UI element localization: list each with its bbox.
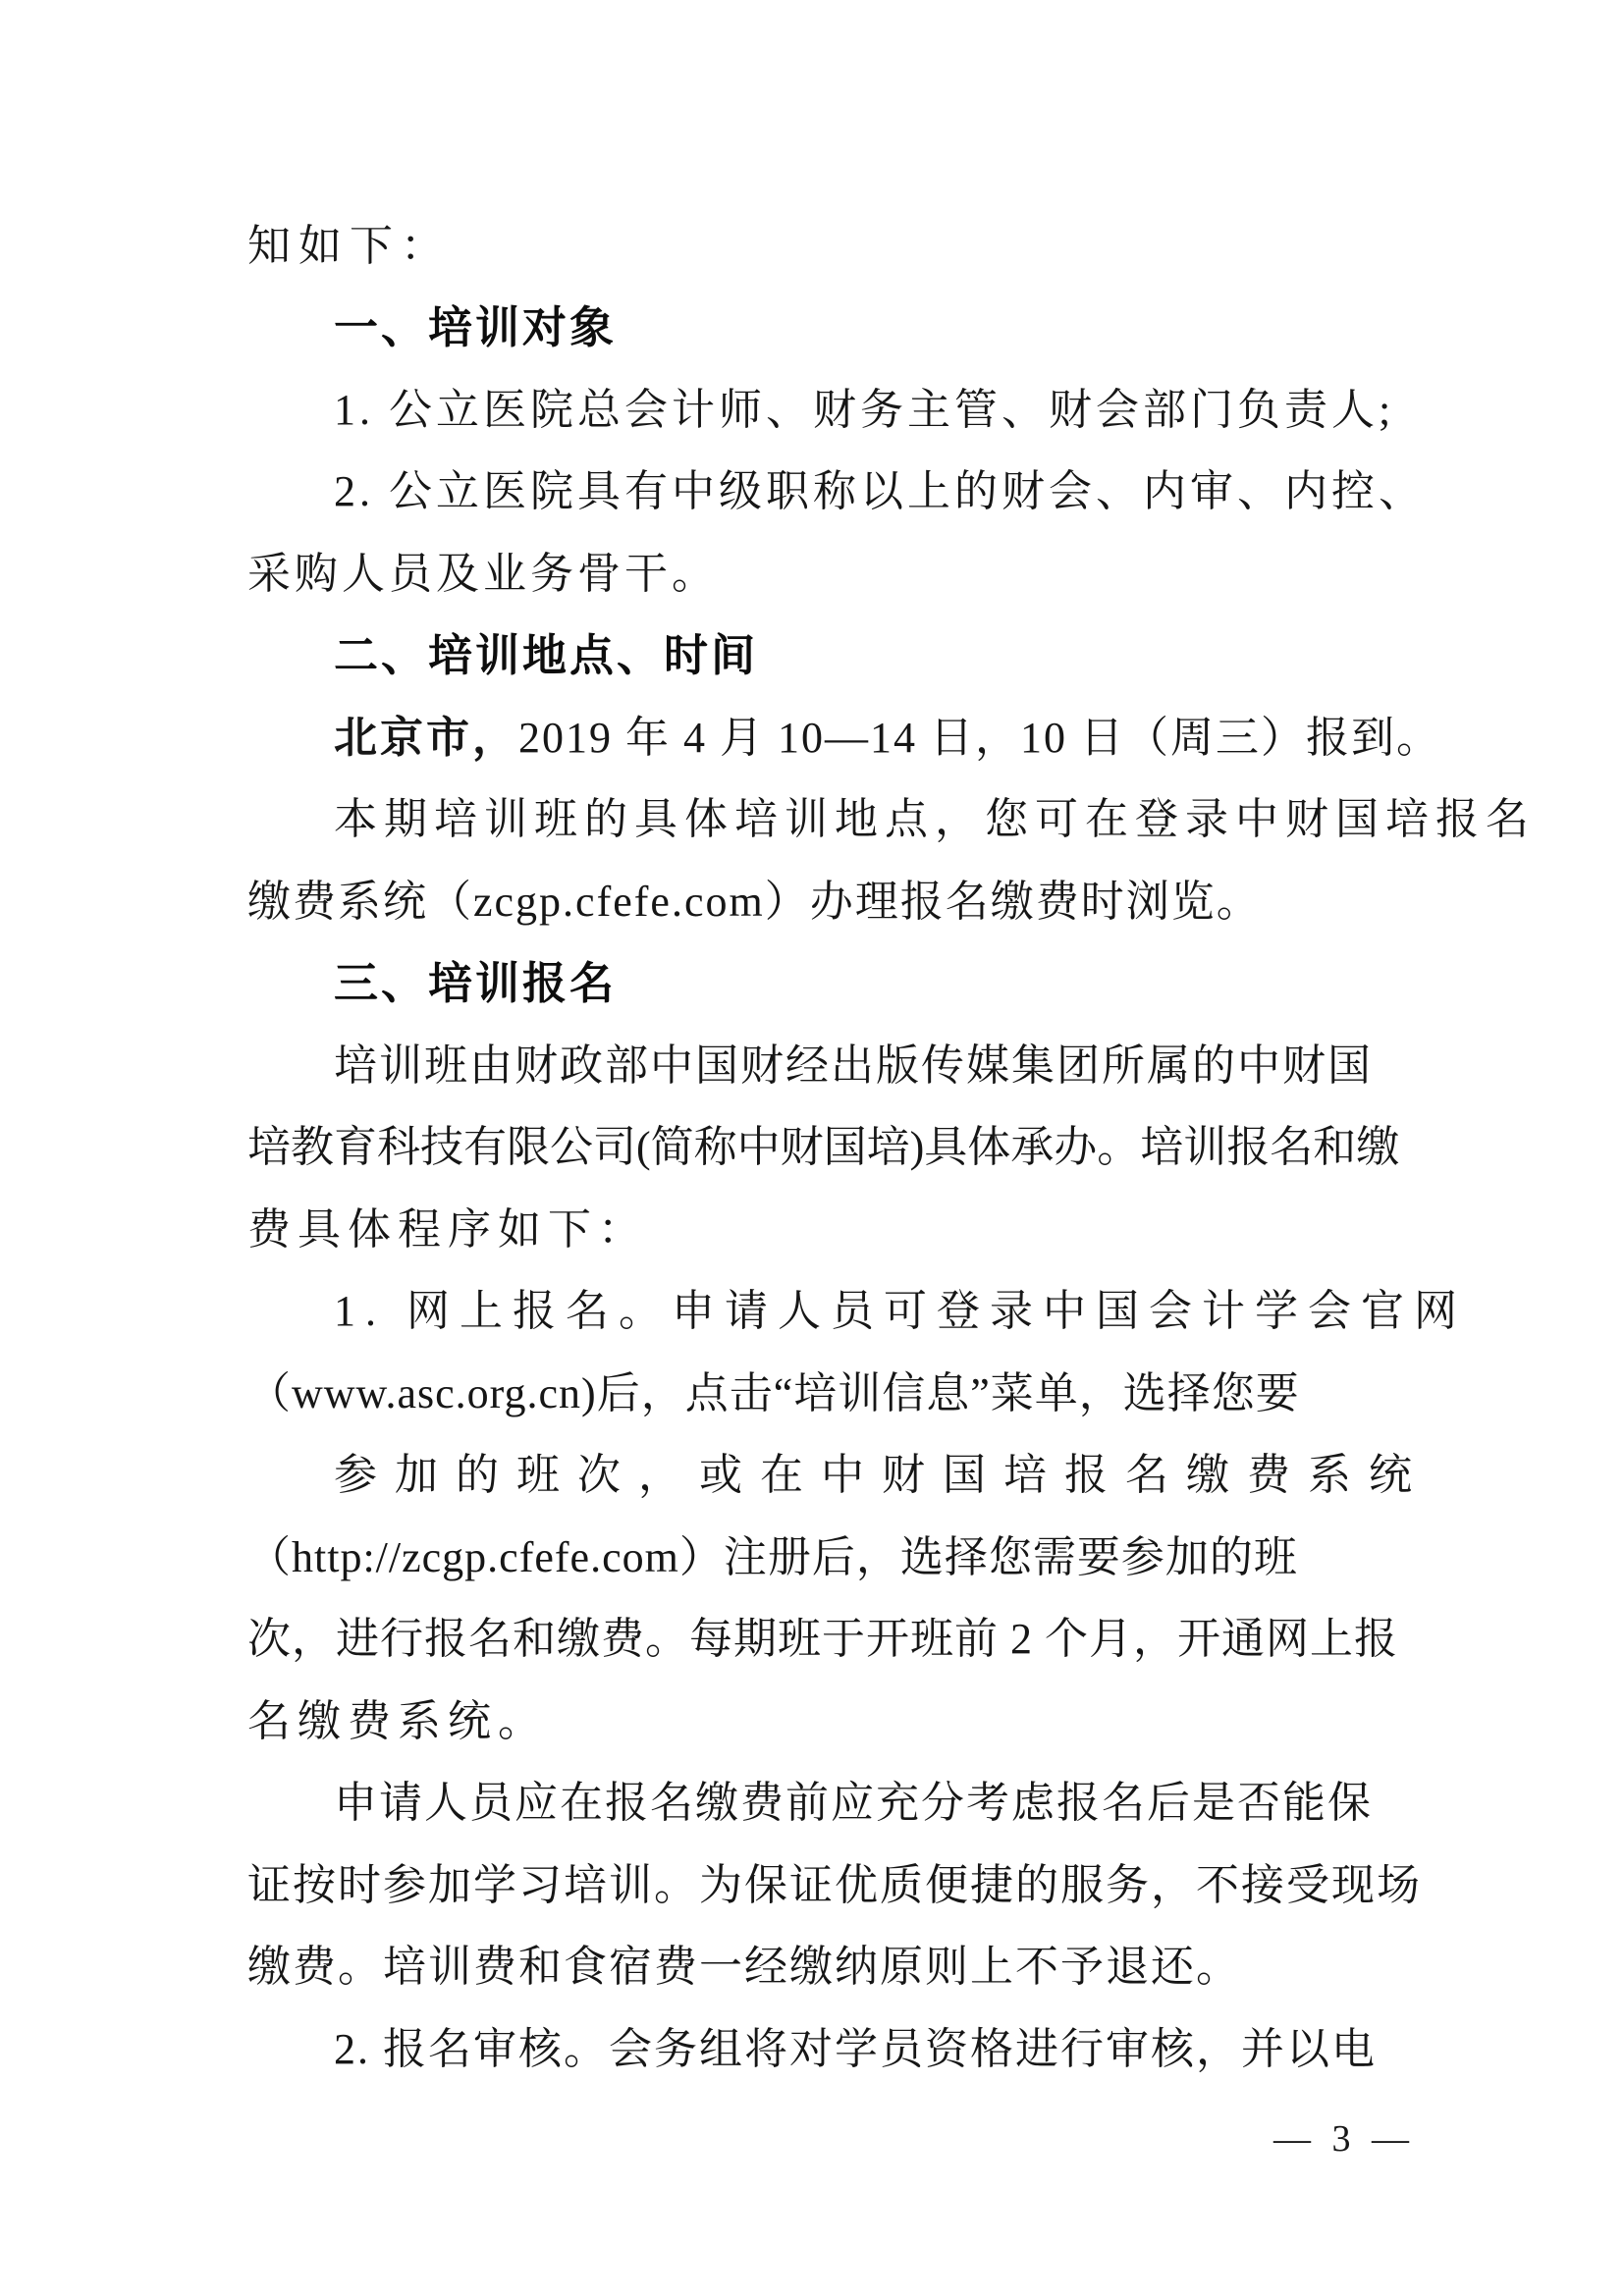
doc-line-review: 2. 报名审核。会务组将对学员资格进行审核，并以电 [334,2021,1377,2080]
doc-line-organizer-1: 培训班由财政部中国财经出版传媒集团所属的中财国 [334,1038,1373,1096]
doc-line-venue-info-1: 本期培训班的具体培训地点，您可在登录中财国培报名 [334,791,1536,850]
heading-training-location-time: 二、培训地点、时间 [334,627,758,686]
doc-line-payment-note-2: 证按时参加学习培训。为保证优质便捷的服务，不接受现场 [247,1857,1422,1916]
doc-line-list-item-2: 2. 公立医院具有中级职称以上的财会、内审、内控、 [334,463,1426,522]
doc-line-organizer-2: 培教育科技有限公司(简称中财国培)具体承办。培训报名和缴 [247,1119,1399,1178]
doc-line-online-signup-5: 次，进行报名和缴费。每期班于开班前 2 个月，开通网上报 [247,1611,1398,1670]
date-text: 2019 年 4 月 10—14 日，10 日（周三）报到。 [518,714,1441,762]
doc-line-payment-note-3: 缴费。培训费和食宿费一经缴纳原则上不予退还。 [247,1939,1241,1998]
document-page: 知如下： 一、培训对象 1. 公立医院总会计师、财务主管、财会部门负责人; 2.… [0,0,1624,2296]
doc-line-location-date: 北京市，2019 年 4 月 10—14 日，10 日（周三）报到。 [334,710,1441,769]
page-number: — 3 — [1273,2117,1415,2161]
doc-line-list-item-1: 1. 公立医院总会计师、财务主管、财会部门负责人; [334,382,1394,441]
heading-training-target: 一、培训对象 [334,299,617,358]
doc-line-online-signup-6: 名缴费系统。 [247,1693,548,1752]
heading-training-registration: 三、培训报名 [334,955,617,1014]
doc-line-online-signup-2: （www.asc.org.cn)后，点击“培训信息”菜单，选择您要 [247,1365,1300,1424]
location-name-bold: 北京市， [334,714,518,762]
doc-line-online-signup-3: 参加的班次，或在中财国培报名缴费系统 [334,1447,1430,1506]
doc-line-online-signup-4: （http://zcgp.cfefe.com）注册后，选择您需要参加的班 [247,1529,1298,1588]
doc-line-online-signup-1: 1. 网上报名。申请人员可登录中国会计学会官网 [334,1283,1467,1342]
doc-line-list-item-2-cont: 采购人员及业务骨干。 [247,546,719,605]
doc-line-venue-info-2: 缴费系统（zcgp.cfefe.com）办理报名缴费时浏览。 [247,874,1262,933]
doc-line-organizer-3: 费具体程序如下： [247,1201,648,1260]
doc-line-payment-note-1: 申请人员应在报名缴费前应充分考虑报名后是否能保 [334,1775,1373,1834]
doc-line-continuation: 知如下： [247,218,452,277]
